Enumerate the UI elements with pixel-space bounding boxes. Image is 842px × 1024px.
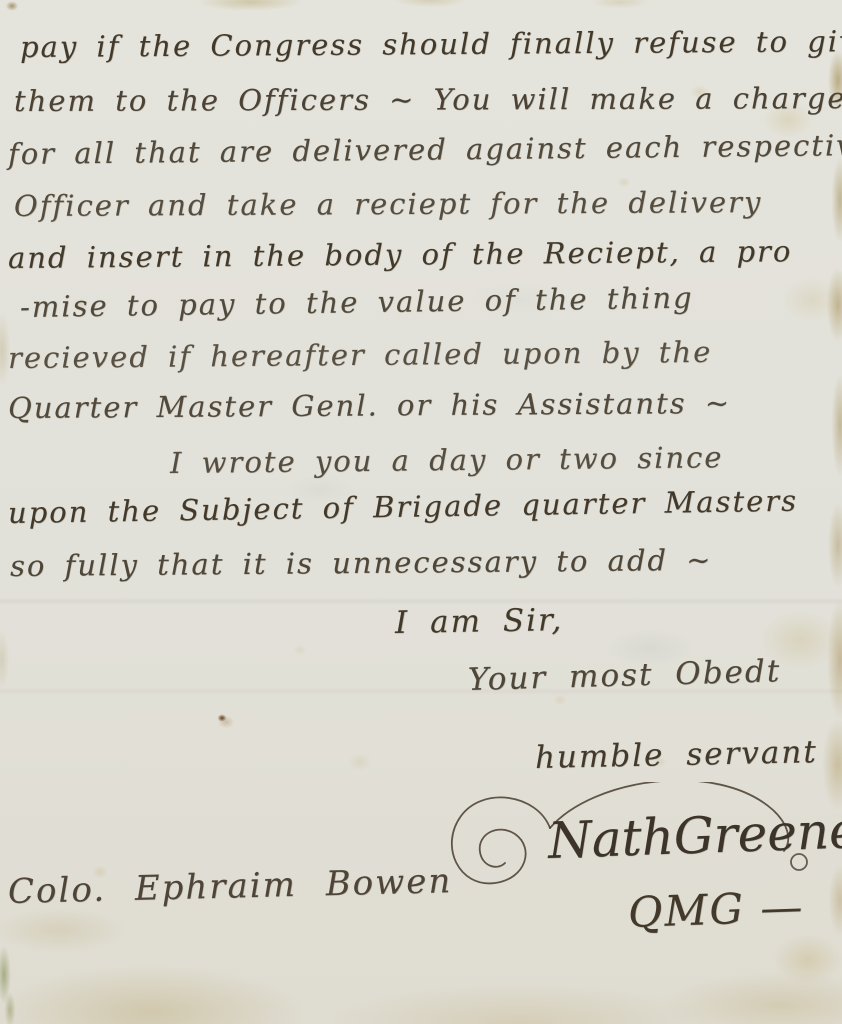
letter-page: pay if the Congress should finally refus… [0, 0, 842, 1024]
letter-line: Quarter Master Genl. or his Assistants ~ [8, 386, 731, 425]
closing-compliment-line2: humble servant [535, 734, 818, 776]
letter-line: I wrote you a day or two since [170, 440, 724, 480]
letter-line: upon the Subject of Brigade quarter Mast… [8, 484, 798, 530]
letter-line: for all that are delivered against each … [8, 128, 842, 171]
letter-line: Officer and take a reciept for the deliv… [14, 185, 763, 223]
letter-line: pay if the Congress should finally refus… [20, 24, 842, 64]
signature-name: NathGreene [547, 801, 842, 870]
closing-compliment-line1: Your most Obedt [467, 653, 781, 698]
letter-line: recieved if hereafter called upon by the [8, 335, 713, 375]
closing-salutation: I am Sir, [395, 602, 564, 641]
letter-line: so fully that it is unnecessary to add ~ [10, 543, 713, 583]
addressee-name: Colo. Ephraim Bowen [8, 861, 453, 912]
letter-line: them to the Officers ~ You will make a c… [14, 81, 842, 118]
letter-line: -mise to pay to the value of the thing [20, 281, 694, 324]
letter-line: and insert in the body of the Reciept, a… [8, 234, 793, 275]
signature-title: QMG — [627, 882, 805, 937]
